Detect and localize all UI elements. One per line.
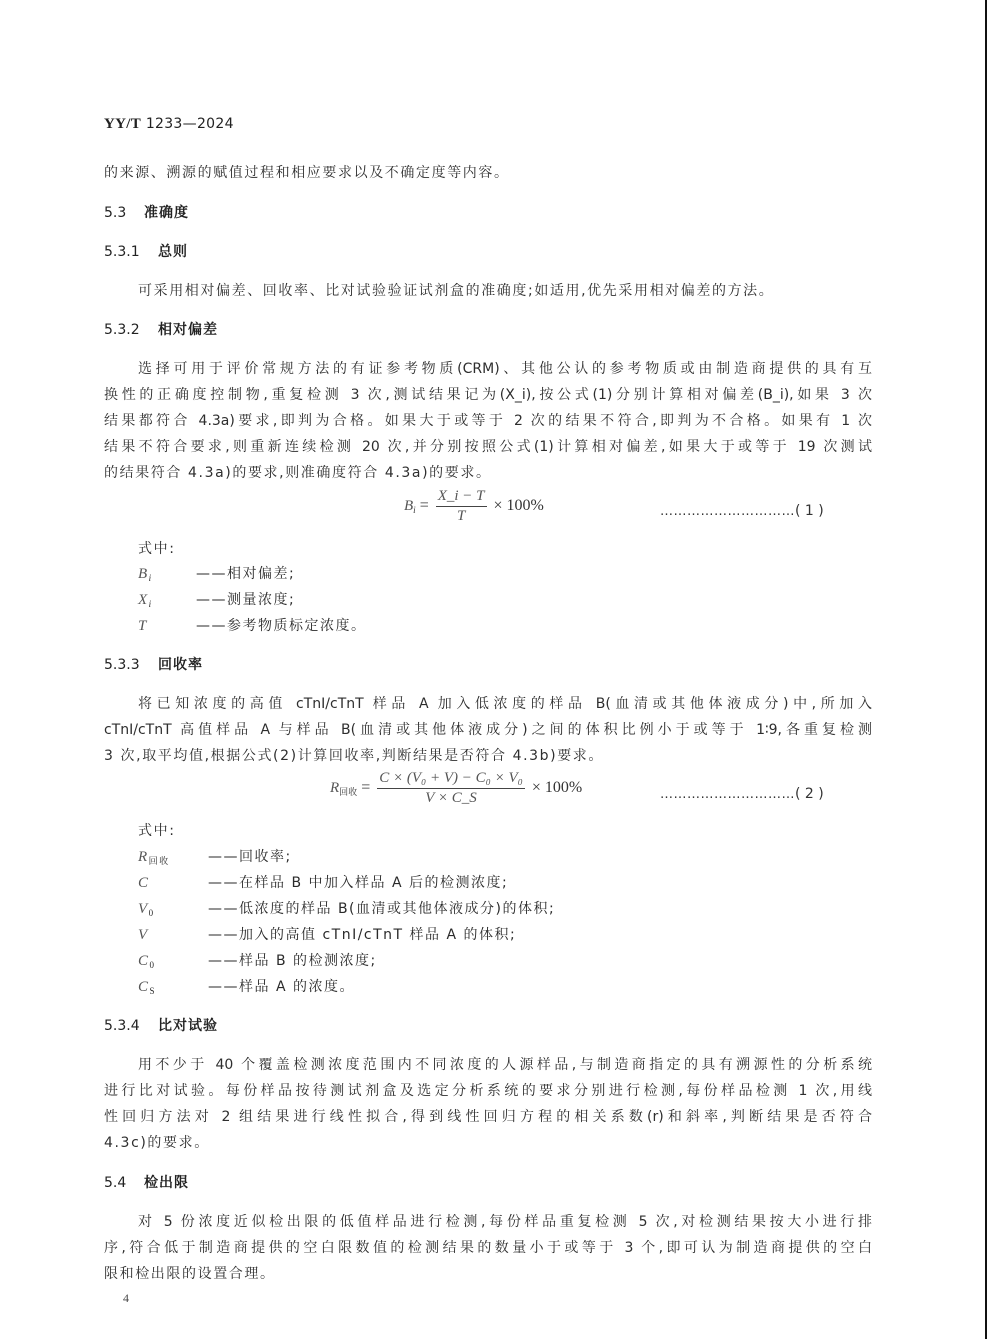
symbol: T [138,618,148,634]
definition-text: ——样品 B 的检测浓度; [208,953,377,969]
paragraph-line: cTnI/cTnT 高值样品 A 与样品 B(血清或其他体液成分)之间的体积比例… [104,719,872,739]
paragraph-line: 性回归方法对 2 组结果进行线性拟合,得到线性回归方程的相关系数(r)和斜率,判… [104,1106,872,1126]
heading-5-4: 5.4检出限 [104,1172,189,1192]
paragraph-line: 选择可用于评价常规方法的有证参考物质(CRM)、其他公认的参考物质或由制造商提供… [138,358,872,378]
paragraph-line: 将已知浓度的高值 cTnI/cTnT 样品 A 加入低浓度的样品 B(血清或其他… [138,693,872,713]
equals-sign: = [361,779,370,796]
formula-lhs: R [330,780,339,796]
where-label: 式中: [138,538,176,558]
symbol-sub: 0 [149,908,155,918]
symbol-sub: S [150,986,157,996]
definition-row: Xi——测量浓度; [138,589,295,609]
standard-code: YY/T [104,116,141,132]
standard-header: YY/T 1233—2024 [104,116,234,133]
paragraph-line: 4.3c)的要求。 [104,1132,210,1152]
heading-5-3-3: 5.3.3回收率 [104,654,203,674]
equation-number: ( 2 ) [795,786,824,802]
paragraph-line: 对 5 份浓度近似检出限的低值样品进行检测,每份样品重复检测 5 次,对检测结果… [138,1211,872,1231]
section-number: 5.3.3 [104,657,158,673]
fraction: X_i − T T [436,488,487,525]
symbol-sub: 回收 [149,856,170,866]
definition-row: C——在样品 B 中加入样品 A 后的检测浓度; [138,872,508,892]
dot-leader: ………………………… [660,787,795,802]
paragraph-line: 3 次,取平均值,根据公式(2)计算回收率,判断结果是否符合 4.3b)要求。 [104,745,604,765]
section-number: 5.3 [104,205,144,221]
definition-text: ——低浓度的样品 B(血清或其他体液成分)的体积; [208,901,555,917]
symbol: V [138,927,149,943]
section-number: 5.4 [104,1175,144,1191]
continuation-text: 的来源、溯源的赋值过程和相应要求以及不确定度等内容。 [104,162,510,182]
section-title: 总则 [158,244,188,260]
section-number: 5.3.2 [104,322,158,338]
definition-text: ——参考物质标定浓度。 [196,618,367,634]
numerator: X_i − T [436,488,487,507]
definition-row: R回收——回收率; [138,846,292,867]
paragraph-line: 限和检出限的设置合理。 [104,1263,276,1283]
symbol: R [138,849,149,865]
formula-2-number: …………………………( 2 ) [660,783,824,802]
symbol: B [138,566,149,582]
symbol: C [138,953,150,969]
paragraph-line: 进行比对试验。每份样品按待测试剂盒及选定分析系统的要求分别进行检测,每份样品检测… [104,1080,872,1100]
paragraph-line: 结果不符合要求,则重新连续检测 20 次,并分别按照公式(1)计算相对偏差,如果… [104,436,872,456]
formula-1: Bi = X_i − T T × 100% [404,488,544,525]
section-title: 比对试验 [158,1018,218,1034]
symbol-sub: i [149,573,153,583]
denominator: T [436,507,487,525]
equation-number: ( 1 ) [795,503,824,519]
definition-text: ——加入的高值 cTnI/cTnT 样品 A 的体积; [208,927,516,943]
fraction: C × (V₀ + V) − C₀ × V₀ V × C_S [377,770,525,807]
numerator: C × (V₀ + V) − C₀ × V₀ [377,770,525,789]
formula-lhs-sub: i [413,505,416,515]
symbol: X [138,592,149,608]
equals-sign: = [420,497,429,514]
symbol: C [138,979,150,995]
symbol: C [138,875,150,891]
heading-5-3: 5.3准确度 [104,202,189,222]
definition-text: ——回收率; [208,849,292,865]
denominator: V × C_S [377,789,525,807]
definition-row: V0——低浓度的样品 B(血清或其他体液成分)的体积; [138,898,555,918]
formula-tail: × 100% [494,497,544,514]
heading-5-3-4: 5.3.4比对试验 [104,1015,218,1035]
section-title: 检出限 [144,1175,189,1191]
dot-leader: ………………………… [660,504,795,519]
definition-text: ——样品 A 的浓度。 [208,979,355,995]
formula-lhs-sub: 回收 [339,787,357,797]
definition-text: ——在样品 B 中加入样品 A 后的检测浓度; [208,875,508,891]
paragraph-5-3-1: 可采用相对偏差、回收率、比对试验验证试剂盒的准确度;如适用,优先采用相对偏差的方… [138,280,774,300]
section-title: 回收率 [158,657,203,673]
section-number: 5.3.1 [104,244,158,260]
paragraph-line: 换性的正确度控制物,重复检测 3 次,测试结果记为(X_i),按公式(1)分别计… [104,384,872,404]
page-number: 4 [123,1291,129,1306]
symbol: V [138,901,149,917]
definition-row: T——参考物质标定浓度。 [138,615,367,635]
definition-text: ——测量浓度; [196,592,295,608]
definition-row: C0——样品 B 的检测浓度; [138,950,377,970]
standard-number: 1233—2024 [146,116,234,132]
definition-row: Bi——相对偏差; [138,563,295,583]
paragraph-line: 用不少于 40 个覆盖检测浓度范围内不同浓度的人源样品,与制造商指定的具有溯源性… [138,1054,872,1074]
paragraph-line: 结果都符合 4.3a)要求,即判为合格。如果大于或等于 2 次的结果不符合,即判… [104,410,872,430]
section-title: 相对偏差 [158,322,218,338]
where-label: 式中: [138,820,176,840]
formula-tail: × 100% [532,779,582,796]
definition-row: V——加入的高值 cTnI/cTnT 样品 A 的体积; [138,924,516,944]
paragraph-line: 的结果符合 4.3a)的要求,则准确度符合 4.3a)的要求。 [104,462,492,482]
section-title: 准确度 [144,205,189,221]
definition-row: CS——样品 A 的浓度。 [138,976,355,996]
definition-text: ——相对偏差; [196,566,295,582]
symbol-sub: 0 [150,960,156,970]
section-number: 5.3.4 [104,1018,158,1034]
symbol-sub: i [149,599,153,609]
heading-5-3-2: 5.3.2相对偏差 [104,319,218,339]
heading-5-3-1: 5.3.1总则 [104,241,188,261]
formula-1-number: …………………………( 1 ) [660,500,824,519]
formula-lhs: B [404,498,413,514]
formula-2: R回收 = C × (V₀ + V) − C₀ × V₀ V × C_S × 1… [330,770,582,807]
paragraph-line: 序,符合低于制造商提供的空白限数值的检测结果的数量小于或等于 3 个,即可认为制… [104,1237,872,1257]
